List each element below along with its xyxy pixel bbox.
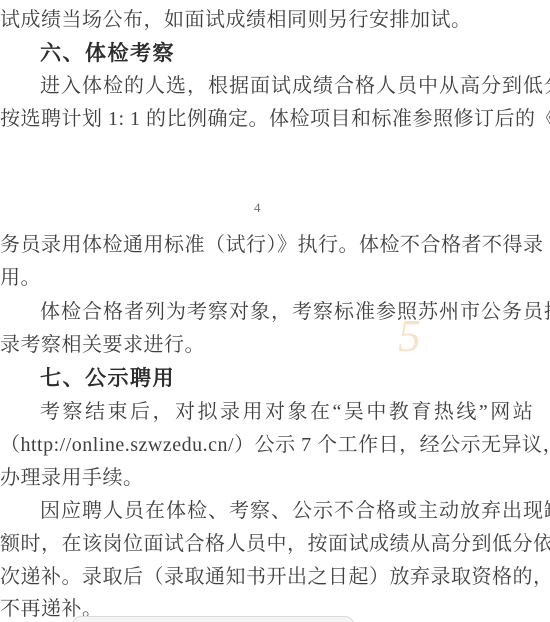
section-heading-7-public-notice: 七、公示聘用 [0, 367, 550, 391]
text-line: 务员录用体检通用标准（试行）》执行。体检不合格者不得录 [0, 233, 550, 257]
text-line: 用。 [0, 266, 550, 290]
text-line: 按选聘计划 1: 1 的比例确定。体检项目和标准参照修订后的《公 [0, 107, 550, 131]
text-line-with-url: （http://online.szwzedu.cn/）公示 7 个工作日，经公示… [0, 433, 550, 457]
text-line: 录考察相关要求进行。 [0, 333, 550, 357]
page-number: 4 [254, 200, 261, 216]
text-line: 进入体检的人选，根据面试成绩合格人员中从高分到低分 [0, 74, 550, 98]
text-line: 办理录用手续。 [0, 466, 550, 490]
watermark-page-5: 5 [398, 312, 421, 360]
text-line: 因应聘人员在体检、考察、公示不合格或主动放弃出现缺 [0, 499, 550, 523]
text-line: 考察结束后，对拟录用对象在“吴中教育热线”网站 [0, 400, 550, 424]
text-line: 次递补。录取后（录取通知书开出之日起）放弃录取资格的， [0, 565, 550, 589]
section-heading-6-physical-exam: 六、体检考察 [0, 42, 550, 66]
text-line: 体检合格者列为考察对象，考察标准参照苏州市公务员招 [0, 300, 550, 324]
text-line: 试成绩当场公布，如面试成绩相同则另行安排加试。 [0, 8, 550, 32]
document-page: 试成绩当场公布，如面试成绩相同则另行安排加试。 六、体检考察 进入体检的人选，根… [0, 0, 550, 622]
text-line: 额时，在该岗位面试合格人员中，按面试成绩从高分到低分依 [0, 532, 550, 556]
bottom-edge-artifact [72, 616, 354, 622]
